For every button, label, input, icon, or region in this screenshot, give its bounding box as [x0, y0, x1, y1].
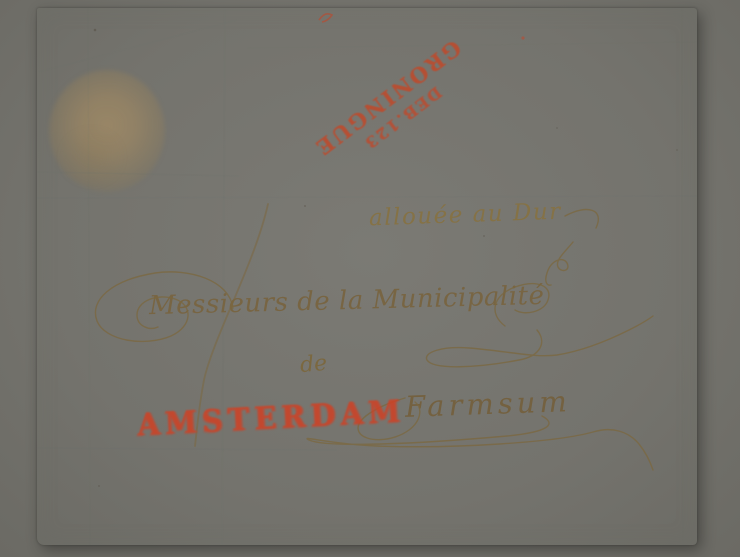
red-ink-speck — [37, 8, 697, 545]
letter-cover: DEB.123 GRONINGUE allouée au Dur Messieu… — [37, 8, 697, 545]
photo-background: DEB.123 GRONINGUE allouée au Dur Messieu… — [0, 0, 740, 557]
